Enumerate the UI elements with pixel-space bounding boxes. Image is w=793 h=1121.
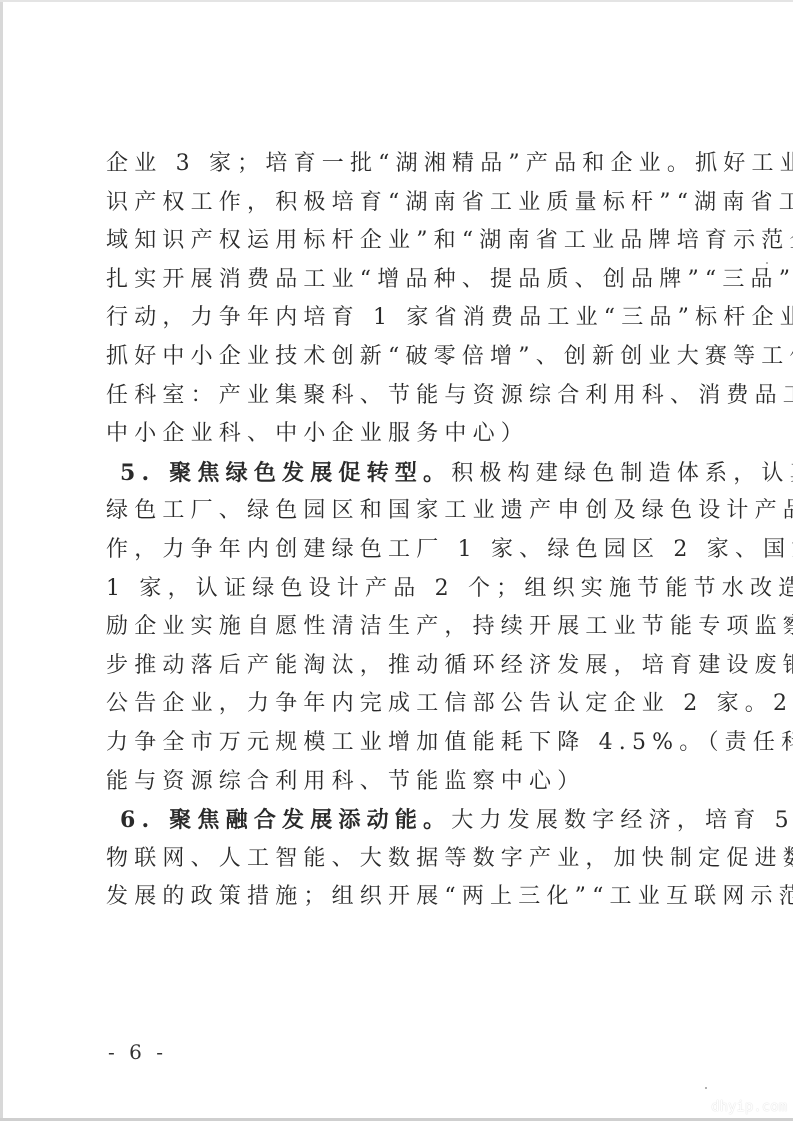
section-5-paragraph: 5. 聚焦绿色发展促转型。积极构建绿色制造体系，认真做好 绿色工厂、绿色园区和国… — [106, 454, 696, 801]
page-number: - 6 - — [108, 1040, 167, 1064]
section-5-first-line: 5. 聚焦绿色发展促转型。积极构建绿色制造体系，认真做好 — [106, 454, 696, 493]
section-5-heading: 5. 聚焦绿色发展促转型。 — [120, 460, 451, 486]
text-line: 公告企业，力争年内完成工信部公告认定企业 2 家。2022 年， — [106, 685, 696, 724]
text-line: 绿色工厂、绿色园区和国家工业遗产申创及绿色设计产品认证工 — [106, 492, 696, 531]
text-line: 行动，力争年内培育 1 家省消费品工业“三品”标杆企业。切实 — [106, 299, 696, 338]
text-line: 能与资源综合利用科、节能监察中心） — [106, 763, 696, 802]
scan-edge-left — [0, 0, 3, 1121]
scan-edge-top — [0, 0, 793, 2]
text-line: 中小企业科、中小企业服务中心） — [106, 415, 696, 454]
document-body: 企业 3 家；培育一批“湖湘精品”产品和企业。抓好工业企业知 识产权工作，积极培… — [106, 145, 696, 917]
text-run: 积极构建绿色制造体系，认真做好 — [451, 461, 793, 486]
scan-speck — [766, 262, 768, 264]
text-line: 作，力争年内创建绿色工厂 1 家、绿色园区 2 家、国家工业遗产 — [106, 531, 696, 570]
section-6-paragraph: 6. 聚焦融合发展添动能。大力发展数字经济，培育 5G 应用、 物联网、人工智能… — [106, 801, 696, 917]
watermark: dhyip.com — [711, 1099, 787, 1115]
text-line: 1 家，认证绿色设计产品 2 个；组织实施节能节水改造工程，鼓 — [106, 570, 696, 609]
text-line: 任科室：产业集聚科、节能与资源综合利用科、消费品工业科、 — [106, 377, 696, 416]
text-line: 域知识产权运用标杆企业”和“湖南省工业品牌培育示范企业”。 — [106, 222, 696, 261]
text-line: 识产权工作，积极培育“湖南省工业质量标杆”“湖南省工业领 — [106, 184, 696, 223]
text-line: 励企业实施自愿性清洁生产，持续开展工业节能专项监察。进一 — [106, 608, 696, 647]
paragraph-continued: 企业 3 家；培育一批“湖湘精品”产品和企业。抓好工业企业知 识产权工作，积极培… — [106, 145, 696, 454]
text-line: 步推动落后产能淘汰，推动循环经济发展，培育建设废钢铁加工 — [106, 647, 696, 686]
text-line: 物联网、人工智能、大数据等数字产业，加快制定促进数字经济 — [106, 840, 696, 879]
text-line: 抓好中小企业技术创新“破零倍增”、创新创业大赛等工作。（责 — [106, 338, 696, 377]
text-line: 企业 3 家；培育一批“湖湘精品”产品和企业。抓好工业企业知 — [106, 145, 696, 184]
text-line: 发展的政策措施；组织开展“两上三化”“工业互联网示范项目” — [106, 878, 696, 917]
text-line: 扎实开展消费品工业“增品种、提品质、创品牌”“三品”专项 — [106, 261, 696, 300]
text-line: 力争全市万元规模工业增加值能耗下降 4.5%。（责任科室：节 — [106, 724, 696, 763]
scan-speck — [705, 1087, 707, 1089]
text-run: 大力发展数字经济，培育 5G 应用、 — [451, 808, 793, 833]
section-6-heading: 6. 聚焦融合发展添动能。 — [120, 807, 451, 833]
section-6-first-line: 6. 聚焦融合发展添动能。大力发展数字经济，培育 5G 应用、 — [106, 801, 696, 840]
